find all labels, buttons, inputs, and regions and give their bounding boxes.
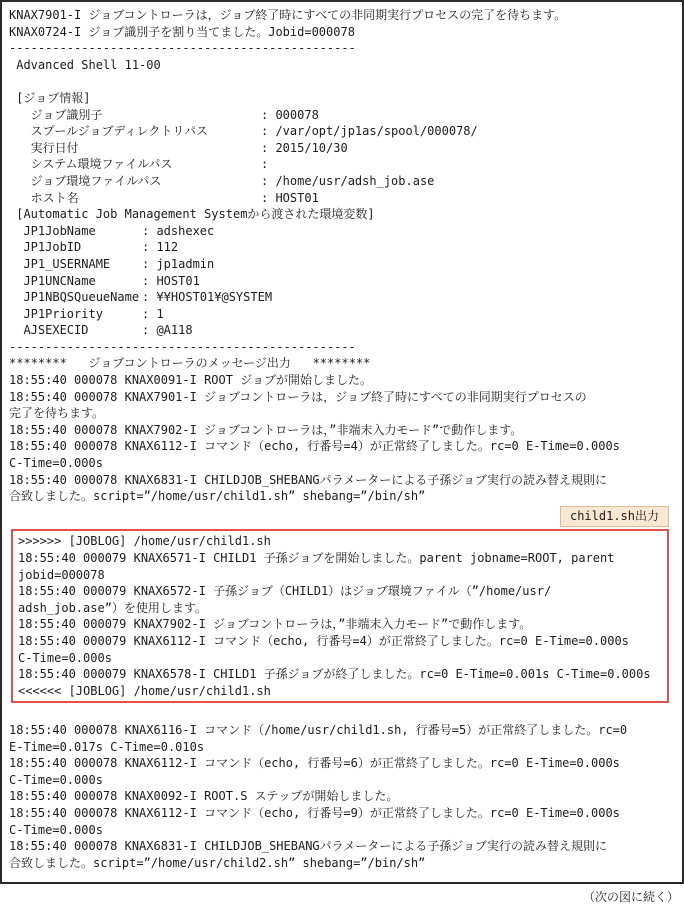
job-info-value: 2015/10/30 bbox=[275, 140, 678, 157]
joblog-line: 18:55:40 000079 KNAX7902-I ジョブコントローラは，”非… bbox=[18, 616, 665, 633]
env-var-key: JP1_USERNAME bbox=[9, 256, 142, 273]
separator-line: ----------------------------------------… bbox=[9, 40, 678, 57]
kv-colon: : bbox=[142, 306, 156, 323]
joblog-line: jobid=000078 bbox=[18, 567, 665, 584]
log-line: 18:55:40 000078 KNAX6112-I コマンド（echo, 行番… bbox=[9, 805, 678, 822]
joblog-line: 18:55:40 000079 KNAX6112-I コマンド（echo, 行番… bbox=[18, 633, 665, 650]
joblog-line: >>>>>> [JOBLOG] /home/usr/child1.sh bbox=[18, 533, 665, 550]
log-line: ******** ジョブコントローラのメッセージ出力 ******** bbox=[9, 355, 678, 372]
env-var-row: AJSEXECID: @A118 bbox=[9, 322, 678, 339]
log-line: 完了を待ちます。 bbox=[9, 405, 678, 422]
log-line: 18:55:40 000078 KNAX6831-I CHILDJOB_SHEB… bbox=[9, 472, 678, 489]
job-info-row: 実行日付: 2015/10/30 bbox=[9, 140, 678, 157]
env-var-value: ¥¥HOST01¥@SYSTEM bbox=[156, 289, 678, 306]
kv-colon: : bbox=[142, 322, 156, 339]
log-line: 18:55:40 000078 KNAX6112-I コマンド（echo, 行番… bbox=[9, 755, 678, 772]
job-info-key: スプールジョブディレクトリパス bbox=[9, 123, 261, 140]
child1-output-callout-label: child1.sh出力 bbox=[560, 506, 669, 528]
log-line: Advanced Shell 11-00 bbox=[9, 57, 678, 74]
env-var-key: JP1JobName bbox=[9, 223, 142, 240]
job-info-key: ジョブ環境ファイルパス bbox=[9, 173, 261, 190]
env-vars-list: JP1JobName: adshexec JP1JobID: 112 JP1_U… bbox=[9, 223, 678, 339]
log-line: 18:55:40 000078 KNAX7901-I ジョブコントローラは，ジョ… bbox=[9, 389, 678, 406]
job-info-value: HOST01 bbox=[275, 190, 678, 207]
job-info-list: ジョブ識別子: 000078 スプールジョブディレクトリパス: /var/opt… bbox=[9, 107, 678, 207]
env-var-value: adshexec bbox=[156, 223, 678, 240]
env-var-row: JP1_USERNAME: jp1admin bbox=[9, 256, 678, 273]
kv-colon: : bbox=[261, 140, 275, 157]
log-line: 合致しました。script=”/home/usr/child2.sh” sheb… bbox=[9, 855, 678, 872]
kv-colon: : bbox=[261, 190, 275, 207]
callout-row: child1.sh出力 bbox=[9, 506, 669, 528]
log-line: 18:55:40 000078 KNAX0092-I ROOT.S ステップが開… bbox=[9, 788, 678, 805]
job-log-output-panel: KNAX7901-I ジョブコントローラは，ジョブ終了時にすべての非同期実行プロ… bbox=[0, 0, 684, 884]
controller-message-lines: ******** ジョブコントローラのメッセージ出力 ********18:55… bbox=[9, 355, 678, 504]
env-var-value: 1 bbox=[156, 306, 678, 323]
job-info-row: ホスト名: HOST01 bbox=[9, 190, 678, 207]
kv-colon: : bbox=[142, 273, 156, 290]
figure-frame: KNAX7901-I ジョブコントローラは，ジョブ終了時にすべての非同期実行プロ… bbox=[0, 0, 684, 913]
separator-line: ----------------------------------------… bbox=[9, 339, 678, 356]
env-vars-section-header: [Automatic Job Management Systemから渡された環境… bbox=[9, 206, 678, 223]
intro-message-lines: KNAX7901-I ジョブコントローラは，ジョブ終了時にすべての非同期実行プロ… bbox=[9, 7, 678, 40]
job-info-value: 000078 bbox=[275, 107, 678, 124]
post-joblog-lines: 18:55:40 000078 KNAX6116-I コマンド（/home/us… bbox=[9, 705, 678, 871]
env-var-row: JP1Priority: 1 bbox=[9, 306, 678, 323]
joblog-line: <<<<<< [JOBLOG] /home/usr/child1.sh bbox=[18, 683, 665, 700]
log-line bbox=[9, 73, 678, 90]
env-var-value: HOST01 bbox=[156, 273, 678, 290]
env-var-key: JP1JobID bbox=[9, 239, 142, 256]
kv-colon: : bbox=[142, 223, 156, 240]
job-info-section-header: [ジョブ情報] bbox=[9, 90, 678, 107]
log-line: 18:55:40 000078 KNAX0091-I ROOT ジョブが開始しま… bbox=[9, 372, 678, 389]
log-line: C-Time=0.000s bbox=[9, 455, 678, 472]
kv-colon: : bbox=[142, 289, 156, 306]
shell-version-lines: Advanced Shell 11-00 bbox=[9, 57, 678, 90]
joblog-line: 18:55:40 000079 KNAX6572-I 子孫ジョブ（CHILD1）… bbox=[18, 583, 665, 600]
env-var-key: AJSEXECID bbox=[9, 322, 142, 339]
kv-colon: : bbox=[261, 107, 275, 124]
log-line: 18:55:40 000078 KNAX6112-I コマンド（echo, 行番… bbox=[9, 438, 678, 455]
env-var-row: JP1JobID: 112 bbox=[9, 239, 678, 256]
joblog-line: 18:55:40 000079 KNAX6571-I CHILD1 子孫ジョブを… bbox=[18, 550, 665, 567]
job-info-row: ジョブ識別子: 000078 bbox=[9, 107, 678, 124]
job-info-row: ジョブ環境ファイルパス: /home/usr/adsh_job.ase bbox=[9, 173, 678, 190]
env-var-value: 112 bbox=[156, 239, 678, 256]
log-line: 合致しました。script=”/home/usr/child1.sh” sheb… bbox=[9, 488, 678, 505]
env-var-row: JP1UNCName: HOST01 bbox=[9, 273, 678, 290]
log-line: 18:55:40 000078 KNAX6831-I CHILDJOB_SHEB… bbox=[9, 838, 678, 855]
job-info-value: /var/opt/jp1as/spool/000078/ bbox=[275, 123, 678, 140]
log-line: 18:55:40 000078 KNAX6116-I コマンド（/home/us… bbox=[9, 722, 678, 739]
kv-colon: : bbox=[261, 156, 275, 173]
log-line: E-Time=0.017s C-Time=0.010s bbox=[9, 739, 678, 756]
env-var-row: JP1NBQSQueueName: ¥¥HOST01¥@SYSTEM bbox=[9, 289, 678, 306]
log-line bbox=[9, 705, 678, 722]
joblog-line: 18:55:40 000079 KNAX6578-I CHILD1 子孫ジョブが… bbox=[18, 666, 665, 683]
job-info-row: スプールジョブディレクトリパス: /var/opt/jp1as/spool/00… bbox=[9, 123, 678, 140]
job-info-key: 実行日付 bbox=[9, 140, 261, 157]
log-line: C-Time=0.000s bbox=[9, 772, 678, 789]
log-line: 18:55:40 000078 KNAX7902-I ジョブコントローラは，”非… bbox=[9, 422, 678, 439]
env-var-key: JP1NBQSQueueName bbox=[9, 289, 142, 306]
log-line: KNAX0724-I ジョブ識別子を割り当てました。Jobid=000078 bbox=[9, 24, 678, 41]
log-line: C-Time=0.000s bbox=[9, 822, 678, 839]
job-info-key: システム環境ファイルパス bbox=[9, 156, 261, 173]
env-var-key: JP1UNCName bbox=[9, 273, 142, 290]
env-var-key: JP1Priority bbox=[9, 306, 142, 323]
joblog-line: C-Time=0.000s bbox=[18, 650, 665, 667]
job-info-value bbox=[275, 156, 678, 173]
kv-colon: : bbox=[261, 173, 275, 190]
job-info-row: システム環境ファイルパス: bbox=[9, 156, 678, 173]
env-var-row: JP1JobName: adshexec bbox=[9, 223, 678, 240]
job-info-value: /home/usr/adsh_job.ase bbox=[275, 173, 678, 190]
log-line: KNAX7901-I ジョブコントローラは，ジョブ終了時にすべての非同期実行プロ… bbox=[9, 7, 678, 24]
job-info-key: ホスト名 bbox=[9, 190, 261, 207]
env-var-value: @A118 bbox=[156, 322, 678, 339]
joblog-line: adsh_job.ase”）を使用します。 bbox=[18, 600, 665, 617]
continued-next-figure-note: （次の図に続く） bbox=[0, 889, 684, 906]
kv-colon: : bbox=[261, 123, 275, 140]
kv-colon: : bbox=[142, 256, 156, 273]
env-var-value: jp1admin bbox=[156, 256, 678, 273]
job-info-key: ジョブ識別子 bbox=[9, 107, 261, 124]
child1-joblog-highlight-box: >>>>>> [JOBLOG] /home/usr/child1.sh18:55… bbox=[11, 529, 669, 703]
kv-colon: : bbox=[142, 239, 156, 256]
